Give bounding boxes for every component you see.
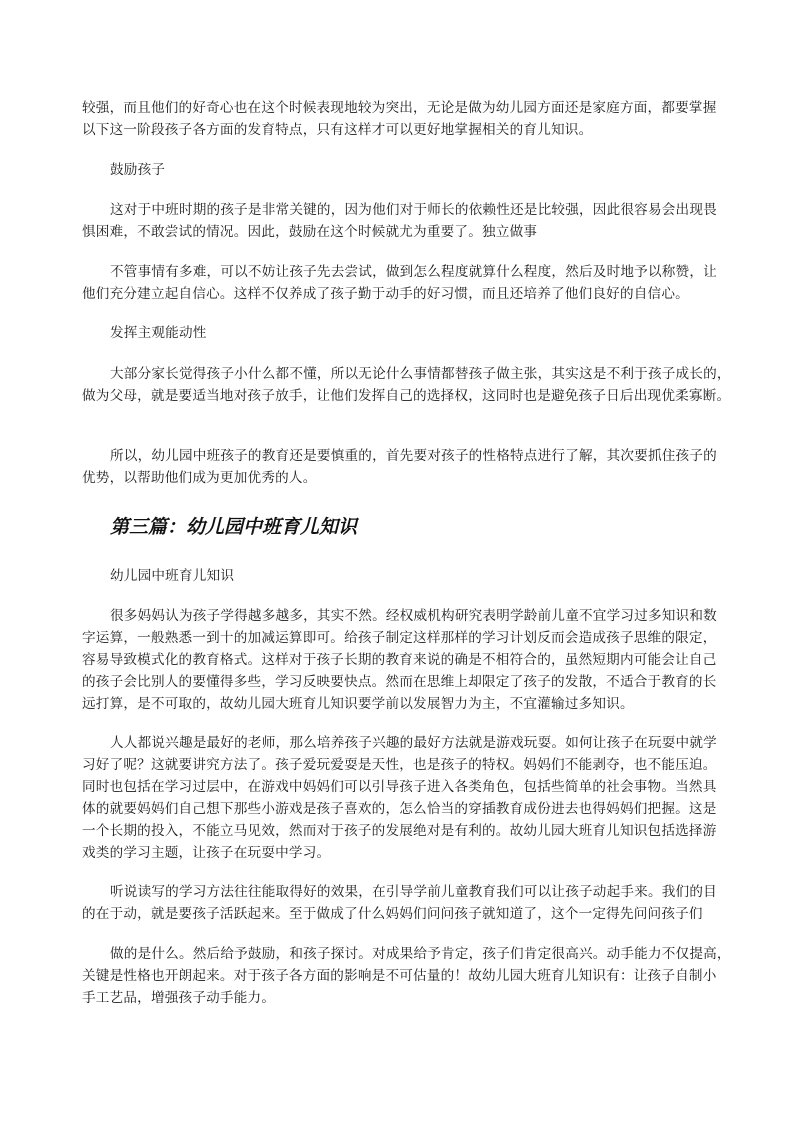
paragraph-line: 的在于动，就是要孩子活跃起来。至于做成了什么妈妈们问问孩子就知道了，这个一定得先… [82,904,703,924]
section-subtitle: 幼儿园中班育儿知识 [110,566,234,586]
paragraph-line: 字运算，一般熟悉一到十的加减运算即可。给孩子制定这样那样的学习计划反而会造成孩子… [82,628,717,648]
paragraph-line: 一个长期的投入，不能立马见效，然而对于孩子的发展绝对是有利的。故幼儿园大班育儿知… [82,821,717,841]
paragraph-line: 远打算，是不可取的，故幼儿园大班育儿知识要学前以发展智力为主，不宜灌输过多知识。 [82,694,634,714]
paragraph-line: 体的就要妈妈们自己想下那些小游戏是孩子喜欢的，怎么恰当的穿插教育成份进去也得妈妈… [82,799,717,819]
document-page: 较强，而且他们的好奇心也在这个时候表现地较为突出，无论是做为幼儿园方面还是家庭方… [0,0,800,1132]
paragraph-line: 惧困难，不敢尝试的情况。因此，鼓励在这个时候就尤为重要了。独立做事 [82,222,537,242]
paragraph-line: 所以，幼儿园中班孩子的教育还是要慎重的，首先要对孩子的性格特点进行了解，其次要抓… [110,446,717,466]
paragraph-line: 同时也包括在学习过层中，在游戏中妈妈们可以引导孩子进入各类角色，包括些简单的社会… [82,777,717,797]
paragraph-line: 不管事情有多难，可以不妨让孩子先去尝试，做到怎么程度就算什么程度，然后及时地予以… [110,262,717,282]
paragraph-line: 手工艺品，增强孩子动手能力。 [82,988,275,1008]
paragraph-line: 大部分家长觉得孩子小什么都不懂，所以无论什么事情都替孩子做主张，其实这是不利于孩… [110,364,731,384]
subheading-encourage: 鼓励孩子 [110,160,165,180]
paragraph-line: 人人都说兴趣是最好的老师，那么培养孩子兴趣的最好方法就是游戏玩耍。如何让孩子在玩… [110,733,717,753]
paragraph-line: 优势，以帮助他们成为更加优秀的人。 [82,468,317,488]
paragraph-line: 的孩子会比别人的要懂得多些，学习反映要快点。然而在思维上却限定了孩子的发散，不适… [82,672,717,692]
paragraph-line: 他们充分建立起自信心。这样不仅养成了孩子勤于动手的好习惯，而且还培养了他们良好的… [82,284,689,304]
paragraph-line: 戏类的学习主题，让孩子在玩耍中学习。 [82,843,330,863]
section-heading: 第三篇：幼儿园中班育儿知识 [110,512,357,539]
paragraph-line: 容易导致模式化的教育格式。这样对于孩子长期的教育来说的确是不相符合的，虽然短期内… [82,650,717,670]
paragraph-line: 习好了呢？这就要讲究方法了。孩子爱玩爱耍是天性，也是孩子的特权。妈妈们不能剥夺，… [82,755,717,775]
paragraph-line: 这对于中班时期的孩子是非常关键的，因为他们对于师长的依赖性还是比较强，因此很容易… [110,200,717,220]
paragraph-line: 关键是性格也开朗起来。对于孩子各方面的影响是不可估量的！故幼儿园大班育儿知识有：… [82,966,717,986]
paragraph-line: 听说读写的学习方法往往能取得好的效果，在引导学前儿童教育我们可以让孩子动起手来。… [110,882,717,902]
paragraph-line: 较强，而且他们的好奇心也在这个时候表现地较为突出，无论是做为幼儿园方面还是家庭方… [82,98,717,118]
paragraph-line: 很多妈妈认为孩子学得越多越多，其实不然。经权威机构研究表明学龄前儿童不宜学习过多… [110,606,717,626]
paragraph-line: 以下这一阶段孩子各方面的发育特点，只有这样才可以更好地掌握相关的育儿知识。 [82,120,592,140]
paragraph-line: 做的是什么。然后给予鼓励，和孩子探讨。对成果给予肯定，孩子们肯定很高兴。动手能力… [110,944,731,964]
paragraph-line: 做为父母，就是要适当地对孩子放手，让他们发挥自己的选择权，这同时也是避免孩子日后… [82,386,730,406]
subheading-initiative: 发挥主观能动性 [110,323,207,343]
